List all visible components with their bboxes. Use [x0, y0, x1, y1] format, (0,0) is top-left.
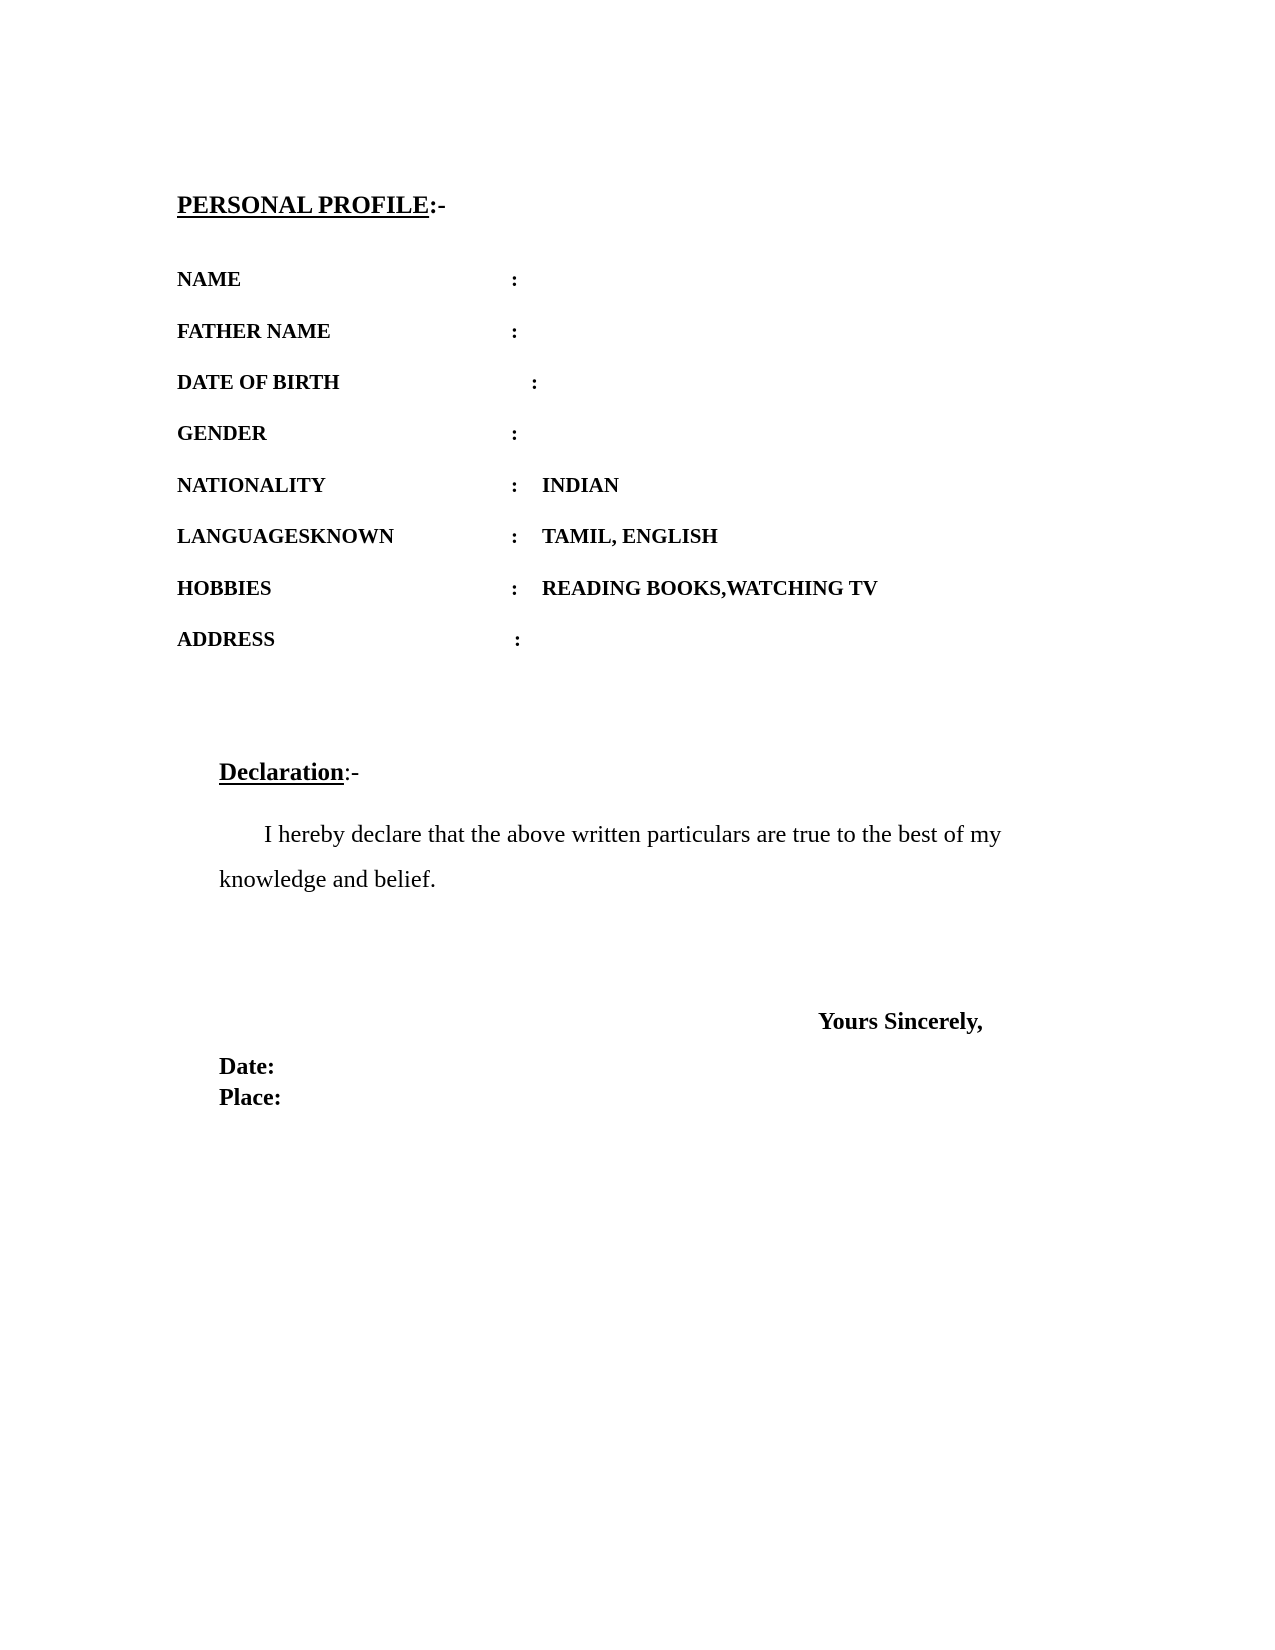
field-label: ADDRESS [177, 627, 275, 652]
date-label: Date: [219, 1054, 275, 1081]
field-label: HOBBIES [177, 576, 272, 601]
field-label: GENDER [177, 421, 267, 446]
field-colon: : [511, 473, 518, 498]
personal-profile-heading: PERSONAL PROFILE:- [177, 192, 446, 220]
field-colon: : [511, 267, 518, 292]
declaration-title: Declaration [219, 759, 344, 786]
field-value: READING BOOKS,WATCHING TV [542, 576, 878, 601]
field-label: FATHER NAME [177, 319, 331, 344]
field-colon: : [511, 421, 518, 446]
field-colon: : [511, 576, 518, 601]
field-colon: : [511, 319, 518, 344]
heading-text: PERSONAL PROFILE [177, 192, 429, 219]
field-colon: : [514, 627, 521, 652]
field-value: INDIAN [542, 473, 619, 498]
declaration-suffix: :- [344, 759, 359, 786]
field-label: DATE OF BIRTH [177, 370, 340, 395]
document-page: PERSONAL PROFILE:- NAME : FATHER NAME : … [0, 0, 1275, 1650]
field-value: TAMIL, ENGLISH [542, 524, 718, 549]
yours-sincerely: Yours Sincerely, [818, 1009, 983, 1036]
field-colon: : [511, 524, 518, 549]
field-label: NATIONALITY [177, 473, 326, 498]
declaration-body: I hereby declare that the above written … [219, 812, 1059, 902]
declaration-heading: Declaration:- [219, 759, 359, 787]
field-colon: : [531, 370, 538, 395]
place-label: Place: [219, 1085, 282, 1112]
field-label: LANGUAGESKNOWN [177, 524, 394, 549]
heading-suffix: :- [429, 192, 446, 219]
field-label: NAME [177, 267, 241, 292]
